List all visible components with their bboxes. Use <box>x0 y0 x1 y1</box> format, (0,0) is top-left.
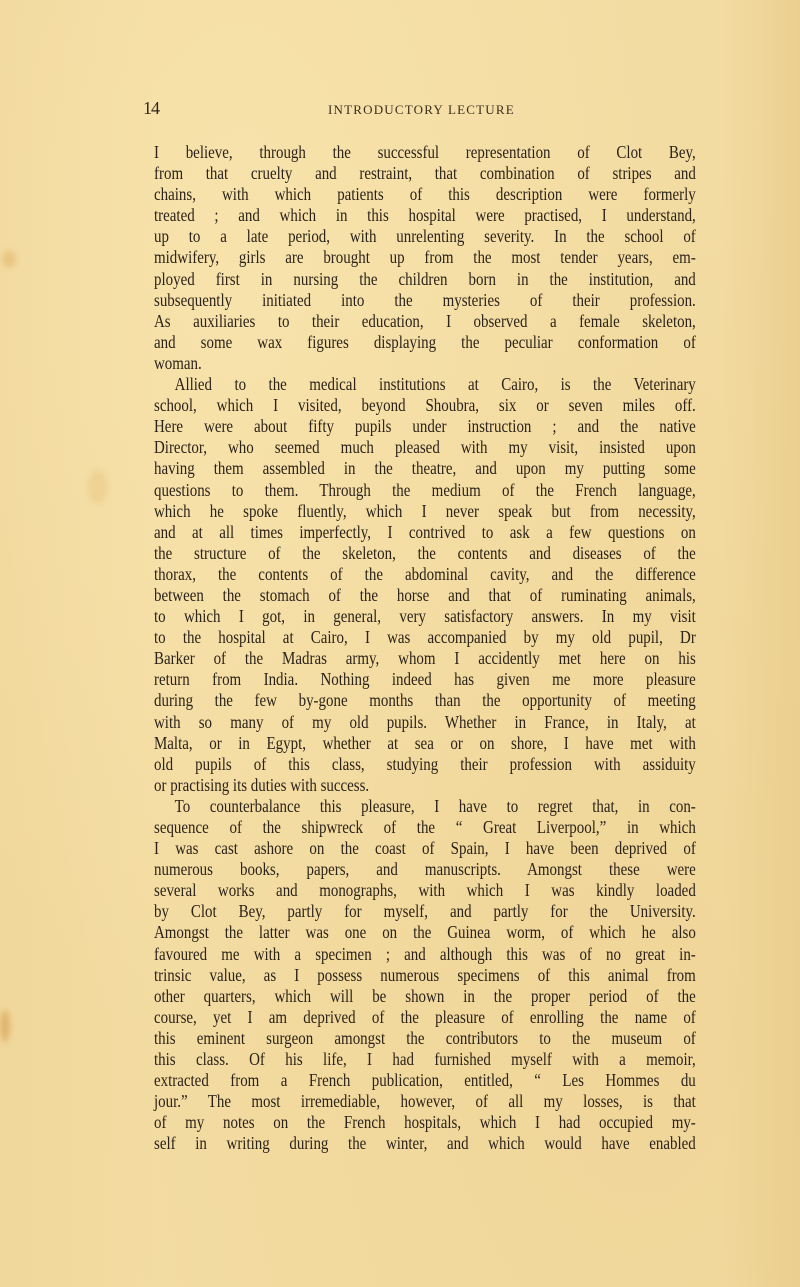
text-line: subsequently initiated into the mysterie… <box>154 290 696 311</box>
text-line: As auxiliaries to their education, I obs… <box>154 311 696 332</box>
text-line: of my notes on the French hospitals, whi… <box>154 1112 696 1133</box>
paragraph-2: Allied to the medical institutions at Ca… <box>154 374 696 796</box>
text-line: up to a late period, with unrelenting se… <box>154 226 696 247</box>
text-line: by Clot Bey, partly for myself, and part… <box>154 901 696 922</box>
text-line: sequence of the shipwreck of the “ Great… <box>154 817 696 838</box>
text-line: or practising its duties with success. <box>154 775 696 796</box>
text-line: I believe, through the successful repres… <box>154 142 696 163</box>
page-number: 14 <box>143 98 159 119</box>
text-line: I was cast ashore on the coast of Spain,… <box>154 838 696 859</box>
paragraph-3: To counterbalance this pleasure, I have … <box>154 796 696 1155</box>
text-line: old pupils of this class, studying their… <box>154 754 696 775</box>
text-line: the structure of the skeleton, the conte… <box>154 543 696 564</box>
text-line: favoured me with a specimen ; and althou… <box>154 944 696 965</box>
text-line: from that cruelty and restraint, that co… <box>154 163 696 184</box>
paragraph-1: I believe, through the successful repres… <box>154 142 696 374</box>
text-line: course, yet I am deprived of the pleasur… <box>154 1007 696 1028</box>
text-line: self in writing during the winter, and w… <box>154 1133 696 1154</box>
text-line: between the stomach of the horse and tha… <box>154 585 696 606</box>
text-line: return from India. Nothing indeed has gi… <box>154 669 696 690</box>
text-line: to the hospital at Cairo, I was accompan… <box>154 627 696 648</box>
text-line: woman. <box>154 353 696 374</box>
text-line: treated ; and which in this hospital wer… <box>154 205 696 226</box>
text-line: having them assembled in the theatre, an… <box>154 458 696 479</box>
text-line: Here were about fifty pupils under instr… <box>154 416 696 437</box>
text-line: To counterbalance this pleasure, I have … <box>154 796 696 817</box>
book-page: 14 INTRODUCTORY LECTURE I believe, throu… <box>0 0 800 1287</box>
text-line: numerous books, papers, and manuscripts.… <box>154 859 696 880</box>
text-line: with so many of my old pupils. Whether i… <box>154 712 696 733</box>
text-line: ployed first in nursing the children bor… <box>154 269 696 290</box>
text-line: jour.” The most irremediable, however, o… <box>154 1091 696 1112</box>
paper-stain <box>88 470 108 504</box>
body-text: I believe, through the successful repres… <box>154 142 696 1155</box>
text-line: this eminent surgeon amongst the contrib… <box>154 1028 696 1049</box>
text-line: Barker of the Madras army, whom I accide… <box>154 648 696 669</box>
text-line: Amongst the latter was one on the Guinea… <box>154 922 696 943</box>
text-line: Allied to the medical institutions at Ca… <box>154 374 696 395</box>
text-line: questions to them. Through the medium of… <box>154 480 696 501</box>
text-line: which he spoke fluently, which I never s… <box>154 501 696 522</box>
text-line: several works and monographs, with which… <box>154 880 696 901</box>
text-line: chains, with which patients of this desc… <box>154 184 696 205</box>
running-head: INTRODUCTORY LECTURE <box>328 102 515 118</box>
text-line: other quarters, which will be shown in t… <box>154 986 696 1007</box>
page-header: 14 INTRODUCTORY LECTURE <box>143 98 703 124</box>
text-line: trinsic value, as I possess numerous spe… <box>154 965 696 986</box>
text-line: thorax, the contents of the abdominal ca… <box>154 564 696 585</box>
text-line: and some wax figures displaying the pecu… <box>154 332 696 353</box>
text-line: school, which I visited, beyond Shoubra,… <box>154 395 696 416</box>
text-line: and at all times imperfectly, I contrive… <box>154 522 696 543</box>
paper-stain <box>0 1010 10 1042</box>
text-line: midwifery, girls are brought up from the… <box>154 247 696 268</box>
text-line: during the few by-gone months than the o… <box>154 690 696 711</box>
text-line: to which I got, in general, very satisfa… <box>154 606 696 627</box>
text-line: Director, who seemed much pleased with m… <box>154 437 696 458</box>
paper-stain <box>2 250 16 268</box>
text-line: this class. Of his life, I had furnished… <box>154 1049 696 1070</box>
text-line: extracted from a French publication, ent… <box>154 1070 696 1091</box>
text-line: Malta, or in Egypt, whether at sea or on… <box>154 733 696 754</box>
